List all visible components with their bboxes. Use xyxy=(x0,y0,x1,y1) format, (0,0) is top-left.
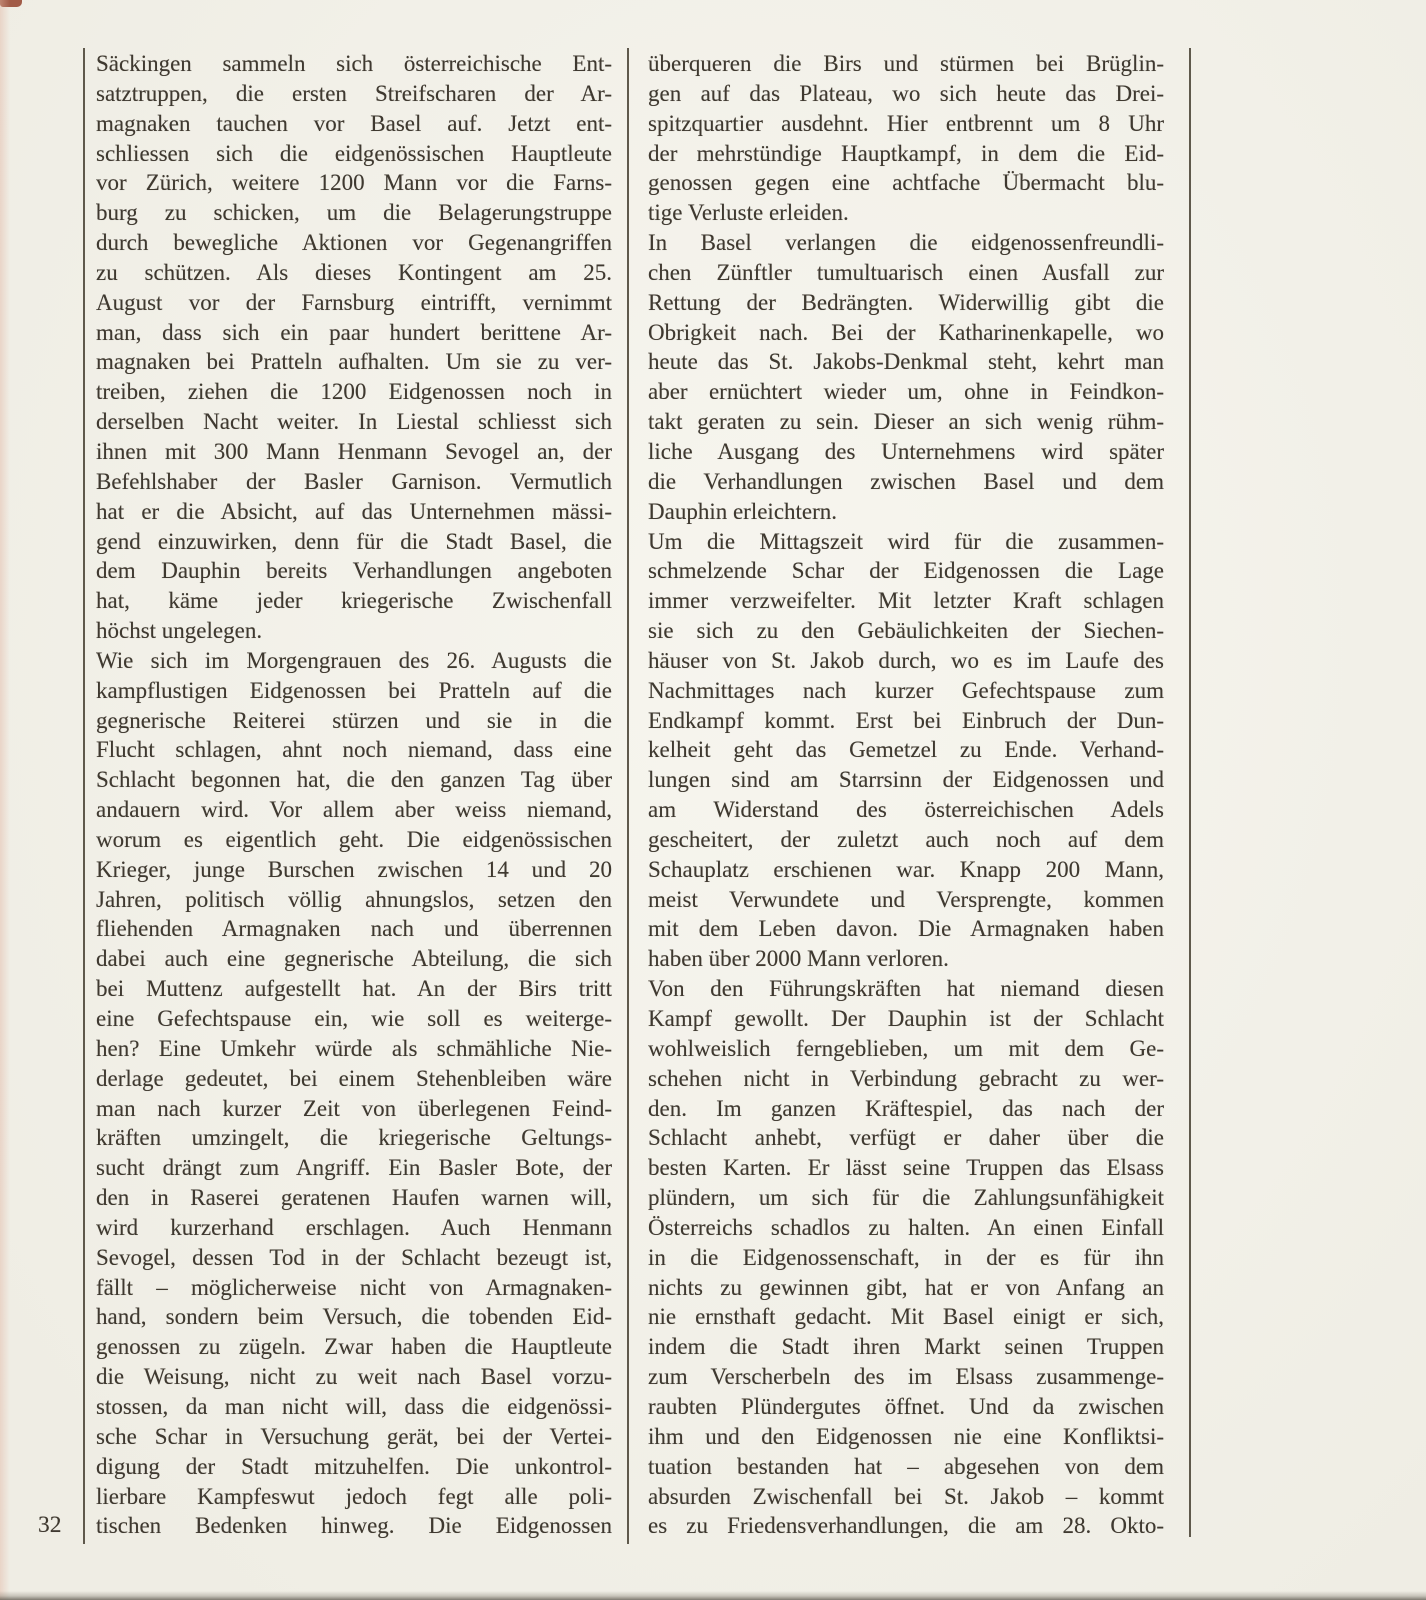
text-line: hat er die Absicht, auf das Unternehmen … xyxy=(96,497,612,527)
text-line: digung der Stadt mitzuhelfen. Die unkont… xyxy=(96,1452,612,1482)
text-line: fällt – möglicherweise nicht von Armagna… xyxy=(96,1273,612,1303)
text-line: absurden Zwischenfall bei St. Jakob – ko… xyxy=(648,1482,1164,1512)
text-line: August vor der Farnsburg eintrifft, vern… xyxy=(96,288,612,318)
text-line: gescheitert, der zuletzt auch noch auf d… xyxy=(648,825,1164,855)
text-line: höchst ungelegen. xyxy=(96,616,612,646)
text-line: Kampf gewollt. Der Dauphin ist der Schla… xyxy=(648,1004,1164,1034)
text-line: in die Eidgenossenschaft, in der es für … xyxy=(648,1243,1164,1273)
text-line: die Weisung, nicht zu weit nach Basel vo… xyxy=(96,1362,612,1392)
text-line: nie ernsthaft gedacht. Mit Basel einigt … xyxy=(648,1302,1164,1332)
text-line: Krieger, junge Burschen zwischen 14 und … xyxy=(96,855,612,885)
text-line: es zu Friedensverhandlungen, die am 28. … xyxy=(648,1511,1164,1541)
text-line: takt geraten zu sein. Dieser an sich wen… xyxy=(648,407,1164,437)
text-line: mit dem Leben davon. Die Armagnaken habe… xyxy=(648,914,1164,944)
text-line: Obrigkeit nach. Bei der Katharinenkapell… xyxy=(648,318,1164,348)
text-line: Österreichs schadlos zu halten. An einen… xyxy=(648,1213,1164,1243)
text-line: indem die Stadt ihren Markt seinen Trupp… xyxy=(648,1332,1164,1362)
text-line: Schauplatz erschienen war. Knapp 200 Man… xyxy=(648,855,1164,885)
text-line: wird kurzerhand erschlagen. Auch Henmann xyxy=(96,1213,612,1243)
text-line: chen Zünftler tumultuarisch einen Ausfal… xyxy=(648,258,1164,288)
text-line: ihnen mit 300 Mann Henmann Sevogel an, d… xyxy=(96,437,612,467)
text-line: sucht drängt zum Angriff. Ein Basler Bot… xyxy=(96,1153,612,1183)
text-line: wohlweislich ferngeblieben, um mit dem G… xyxy=(648,1034,1164,1064)
text-line: gen auf das Plateau, wo sich heute das D… xyxy=(648,79,1164,109)
text-line: raubten Plündergutes öffnet. Und da zwis… xyxy=(648,1392,1164,1422)
text-line: eine Gefechtspause ein, wie soll es weit… xyxy=(96,1004,612,1034)
text-line: kräften umzingelt, die kriegerische Gelt… xyxy=(96,1123,612,1153)
text-line: Säckingen sammeln sich österreichische E… xyxy=(96,49,612,79)
text-line: Endkampf kommt. Erst bei Einbruch der Du… xyxy=(648,706,1164,736)
text-line: In Basel verlangen die eidgenossenfreund… xyxy=(648,228,1164,258)
text-line: sche Schar in Versuchung gerät, bei der … xyxy=(96,1422,612,1452)
text-line: vor Zürich, weitere 1200 Mann vor die Fa… xyxy=(96,168,612,198)
text-line: treiben, ziehen die 1200 Eidgenossen noc… xyxy=(96,377,612,407)
text-line: genossen gegen eine achtfache Übermacht … xyxy=(648,168,1164,198)
page-number: 32 xyxy=(38,1512,62,1539)
text-line: liche Ausgang des Unternehmens wird spät… xyxy=(648,437,1164,467)
text-line: hat, käme jeder kriegerische Zwischenfal… xyxy=(96,586,612,616)
text-line: Jahren, politisch völlig ahnungslos, set… xyxy=(96,885,612,915)
text-line: Wie sich im Morgengrauen des 26. Augusts… xyxy=(96,646,612,676)
text-line: worum es eigentlich geht. Die eidgenössi… xyxy=(96,825,612,855)
text-line: burg zu schicken, um die Belagerungstrup… xyxy=(96,198,612,228)
text-line: immer verzweifelter. Mit letzter Kraft s… xyxy=(648,586,1164,616)
text-line: durch bewegliche Aktionen vor Gegenangri… xyxy=(96,228,612,258)
text-line: bei Muttenz aufgestellt hat. An der Birs… xyxy=(96,974,612,1004)
text-line: tige Verluste erleiden. xyxy=(648,198,1164,228)
text-line: fliehenden Armagnaken nach und überrenne… xyxy=(96,914,612,944)
column-divider-rule xyxy=(627,48,629,1544)
text-line: schliessen sich die eidgenössischen Haup… xyxy=(96,139,612,169)
text-line: derlage gedeutet, bei einem Stehenbleibe… xyxy=(96,1064,612,1094)
text-line: Um die Mittagszeit wird für die zusammen… xyxy=(648,527,1164,557)
text-line: dem Dauphin bereits Verhandlungen angebo… xyxy=(96,556,612,586)
text-line: plündern, um sich für die Zahlungsunfähi… xyxy=(648,1183,1164,1213)
text-line: Nachmittages nach kurzer Gefechtspause z… xyxy=(648,676,1164,706)
right-margin-rule xyxy=(1189,48,1191,1537)
text-line: magnaken tauchen vor Basel auf. Jetzt en… xyxy=(96,109,612,139)
text-line: zu schützen. Als dieses Kontingent am 25… xyxy=(96,258,612,288)
text-line: gend einzuwirken, denn für die Stadt Bas… xyxy=(96,527,612,557)
scan-bottom-edge xyxy=(0,1591,1426,1600)
text-line: besten Karten. Er lässt seine Truppen da… xyxy=(648,1153,1164,1183)
right-column: überqueren die Birs und stürmen bei Brüg… xyxy=(648,49,1164,1541)
text-line: zum Verscherbeln des im Elsass zusammeng… xyxy=(648,1362,1164,1392)
text-line: den. Im ganzen Kräftespiel, das nach der xyxy=(648,1094,1164,1124)
text-line: hen? Eine Umkehr würde als schmähliche N… xyxy=(96,1034,612,1064)
text-line: Sevogel, dessen Tod in der Schlacht beze… xyxy=(96,1243,612,1273)
text-line: am Widerstand des österreichischen Adels xyxy=(648,795,1164,825)
text-line: schehen nicht in Verbindung gebracht zu … xyxy=(648,1064,1164,1094)
left-margin-rule xyxy=(83,48,85,1544)
text-line: Rettung der Bedrängten. Widerwillig gibt… xyxy=(648,288,1164,318)
text-line: überqueren die Birs und stürmen bei Brüg… xyxy=(648,49,1164,79)
text-line: hand, sondern beim Versuch, die tobenden… xyxy=(96,1302,612,1332)
text-line: magnaken bei Pratteln aufhalten. Um sie … xyxy=(96,347,612,377)
text-line: kampflustigen Eidgenossen bei Pratteln a… xyxy=(96,676,612,706)
text-line: satztruppen, die ersten Streifscharen de… xyxy=(96,79,612,109)
text-line: Befehlshaber der Basler Garnison. Vermut… xyxy=(96,467,612,497)
text-line: tuation bestanden hat – abgesehen von de… xyxy=(648,1452,1164,1482)
text-line: Schlacht anhebt, verfügt er daher über d… xyxy=(648,1123,1164,1153)
text-line: Von den Führungskräften hat niemand dies… xyxy=(648,974,1164,1004)
text-line: genossen zu zügeln. Zwar haben die Haupt… xyxy=(96,1332,612,1362)
text-line: lierbare Kampfeswut jedoch fegt alle pol… xyxy=(96,1482,612,1512)
text-line: haben über 2000 Mann verloren. xyxy=(648,944,1164,974)
text-line: sie sich zu den Gebäulichkeiten der Siec… xyxy=(648,616,1164,646)
text-line: man nach kurzer Zeit von überlegenen Fei… xyxy=(96,1094,612,1124)
text-line: häuser von St. Jakob durch, wo es im Lau… xyxy=(648,646,1164,676)
text-line: die Verhandlungen zwischen Basel und dem xyxy=(648,467,1164,497)
text-line: heute das St. Jakobs-Denkmal steht, kehr… xyxy=(648,347,1164,377)
text-line: meist Verwundete und Versprengte, kommen xyxy=(648,885,1164,915)
text-line: gegnerische Reiterei stürzen und sie in … xyxy=(96,706,612,736)
text-line: kelheit geht das Gemetzel zu Ende. Verha… xyxy=(648,735,1164,765)
text-line: Schlacht begonnen hat, die den ganzen Ta… xyxy=(96,765,612,795)
text-line: der mehrstündige Hauptkampf, in dem die … xyxy=(648,139,1164,169)
text-line: nichts zu gewinnen gibt, hat er von Anfa… xyxy=(648,1273,1164,1303)
scan-left-edge xyxy=(0,0,10,1600)
text-line: derselben Nacht weiter. In Liestal schli… xyxy=(96,407,612,437)
document-page: Säckingen sammeln sich österreichische E… xyxy=(0,0,1426,1600)
text-line: aber ernüchtert wieder um, ohne in Feind… xyxy=(648,377,1164,407)
text-line: man, dass sich ein paar hundert beritten… xyxy=(96,318,612,348)
left-column: Säckingen sammeln sich österreichische E… xyxy=(96,49,612,1541)
text-line: spitzquartier ausdehnt. Hier entbrennt u… xyxy=(648,109,1164,139)
text-line: tischen Bedenken hinweg. Die Eidgenossen xyxy=(96,1511,612,1541)
text-line: den in Raserei geratenen Haufen warnen w… xyxy=(96,1183,612,1213)
text-line: Flucht schlagen, ahnt noch niemand, dass… xyxy=(96,735,612,765)
text-line: Dauphin erleichtern. xyxy=(648,497,1164,527)
text-line: lungen sind am Starrsinn der Eidgenossen… xyxy=(648,765,1164,795)
text-line: ihm und den Eidgenossen nie eine Konflik… xyxy=(648,1422,1164,1452)
text-line: schmelzende Schar der Eidgenossen die La… xyxy=(648,556,1164,586)
text-line: stossen, da man nicht will, dass die eid… xyxy=(96,1392,612,1422)
text-line: dabei auch eine gegnerische Abteilung, d… xyxy=(96,944,612,974)
text-line: andauern wird. Vor allem aber weiss niem… xyxy=(96,795,612,825)
